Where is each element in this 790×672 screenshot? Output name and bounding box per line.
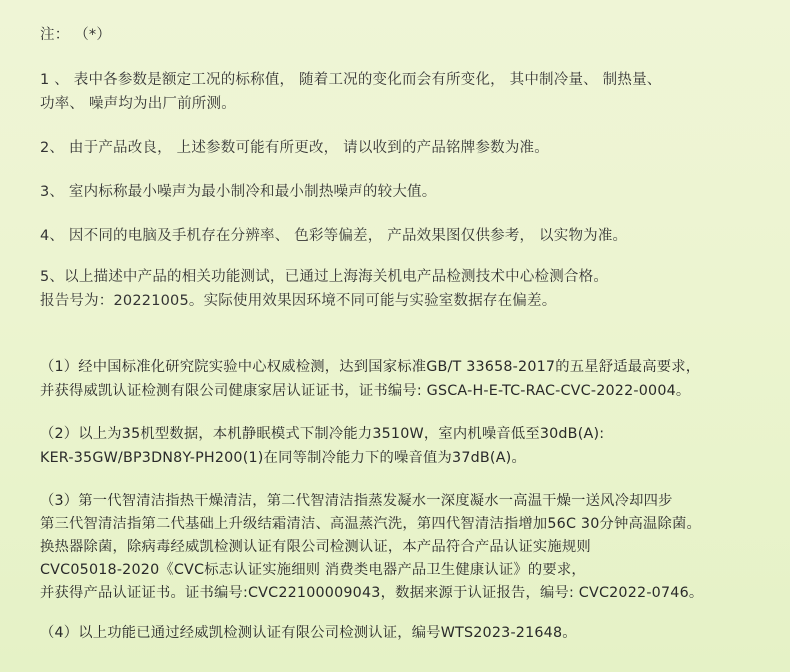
claim-line: （3）第一代智清洁指热干燥清洁，第二代智清洁指蒸发凝水一深度凝水一高温干燥一送风… xyxy=(40,491,673,511)
claim-line: （4）以上功能已通过经威凯检测认证有限公司检测认证，编号WTS2023-2164… xyxy=(40,623,577,643)
note-line: 报告号为：20221005。实际使用效果因环境不同可能与实验室数据存在偏差。 xyxy=(40,291,556,311)
claim-line: （2）以上为35机型数据，本机静眠模式下制冷能力3510W，室内机噪音低至30d… xyxy=(40,424,604,444)
note-line: 4、 因不同的电脑及手机存在分辨率、 色彩等偏差， 产品效果图仅供参考， 以实物… xyxy=(40,226,627,246)
claim-line: （1）经中国标准化研究院实验中心权威检测，达到国家标准GB/T 33658-20… xyxy=(40,357,700,377)
claim-line: KER-35GW/BP3DN8Y-PH200(1)在同等制冷能力下的噪音值为37… xyxy=(40,448,526,468)
note-line: 1 、 表中各参数是额定工况的标称值， 随着工况的变化而会有所变化， 其中制冷量… xyxy=(40,70,661,90)
claim-line: CVC05018-2020《CVC标志认证实施细则 消费类电器产品卫生健康认证》… xyxy=(40,560,586,580)
note-line: 功率、 噪声均为出厂前所测。 xyxy=(40,94,236,114)
claim-line: 并获得产品认证证书。证书编号:CVC22100009043，数据来源于认证报告，… xyxy=(40,583,703,603)
claim-line: 换热器除菌，除病毒经威凯检测认证有限公司检测认证，本产品符合产品认证实施规则 xyxy=(40,537,591,557)
claim-line: 第三代智清洁指第二代基础上升级结霜清洁、高温蒸汽洗，第四代智清洁指增加56C 3… xyxy=(40,514,701,534)
claim-line: 并获得威凯认证检测有限公司健康家居认证证书，证书编号: GSCA-H-E-TC-… xyxy=(40,381,690,401)
note-line: 2、 由于产品改良， 上述参数可能有所更改， 请以收到的产品铭牌参数为准。 xyxy=(40,138,549,158)
note-line: 5、以上描述中产品的相关功能测试，已通过上海海关机电产品检测技术中心检测合格。 xyxy=(40,267,608,287)
notes-heading: 注： （*） xyxy=(40,25,111,45)
note-line: 3、 室内标称最小噪声为最小制冷和最小制热噪声的较大值。 xyxy=(40,182,436,202)
